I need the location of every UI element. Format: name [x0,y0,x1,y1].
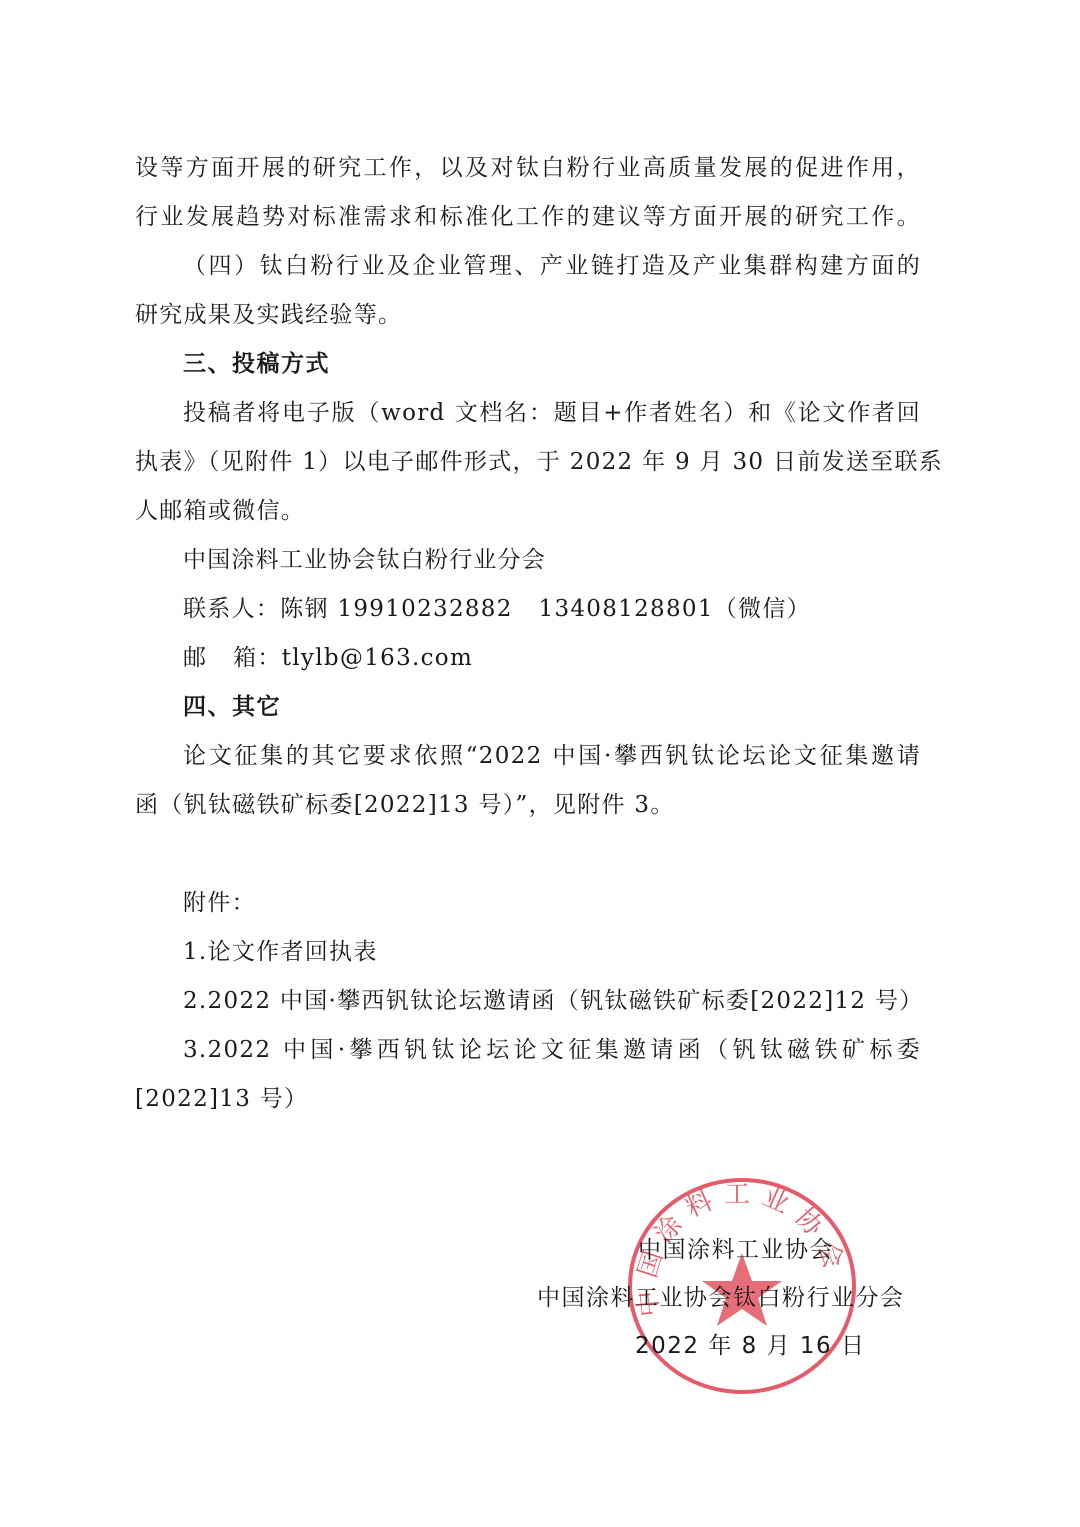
signature-date: 2022 年 8 月 16 日 [635,1331,866,1361]
paragraph-line: （四）钛白粉行业及企业管理、产业链打造及产业集群构建方面的 [183,251,921,281]
attachment-item: 1.论文作者回执表 [183,937,378,967]
paragraph-line: 行业发展趋势对标准需求和标准化工作的建议等方面开展的研究工作。 [135,202,921,232]
paragraph-line: 研究成果及实践经验等。 [135,300,402,330]
attachment-item-continued: [2022]13 号） [135,1084,308,1114]
document-page: 设等方面开展的研究工作，以及对钛白粉行业高质量发展的促进作用， 行业发展趋势对标… [0,0,1080,1527]
attachment-item: 2.2022 中国·攀西钒钛论坛邀请函（钒钛磁铁矿标委[2022]12 号） [183,986,921,1016]
contact-email[interactable]: 邮 箱：tlylb@163.com [183,643,473,673]
section-heading: 三、投稿方式 [183,349,330,379]
attachment-item: 3.2022 中国·攀西钒钛论坛论文征集邀请函（钒钛磁铁矿标委 [183,1035,921,1065]
contact-org-name: 中国涂料工业协会钛白粉行业分会 [183,545,546,575]
signature-org-2: 中国涂料工业协会钛白粉行业分会 [537,1283,905,1313]
attachments-label: 附件： [183,888,256,918]
contact-person: 联系人：陈钢 19910232882 13408128801（微信） [183,594,811,624]
section-heading: 四、其它 [183,692,281,722]
paragraph-line: 设等方面开展的研究工作，以及对钛白粉行业高质量发展的促进作用， [135,153,921,183]
paragraph-line: 论文征集的其它要求依照“2022 中国·攀西钒钛论坛论文征集邀请 [183,741,921,771]
paragraph-line: 执表》（见附件 1）以电子邮件形式，于 2022 年 9 月 30 日前发送至联… [135,447,921,477]
paragraph-line: 投稿者将电子版（word 文档名：题目+作者姓名）和《论文作者回 [183,398,921,428]
paragraph-line: 函（钒钛磁铁矿标委[2022]13 号）”，见附件 3。 [135,790,675,820]
paragraph-line: 人邮箱或微信。 [135,496,305,526]
signature-org-1: 中国涂料工业协会 [638,1235,834,1265]
